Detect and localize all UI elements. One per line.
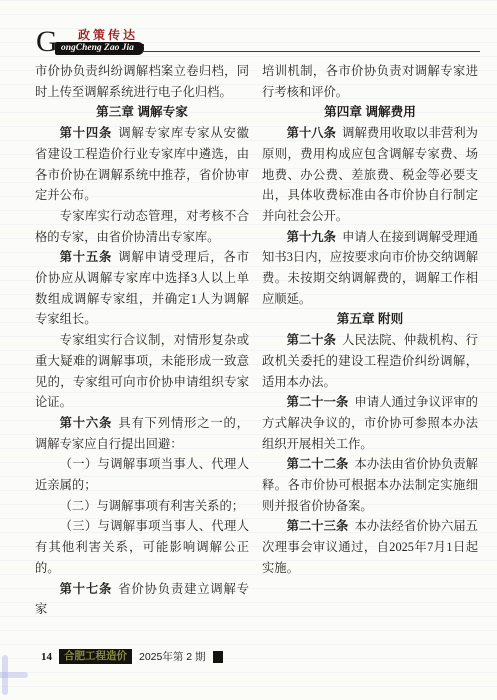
page-number: 14: [41, 651, 52, 663]
paragraph: 第二十三条本办法经省价协六届五次理事会审议通过，自2025年7月1日起实施。: [262, 516, 478, 578]
article-number: 第二十条: [287, 333, 336, 347]
column-right: 培训机制，各市价协负责对调解专家进行考核和评价。第四章 调解费用第十八条调解费用…: [262, 61, 478, 620]
article-number: 第二十三条: [287, 519, 349, 533]
journal-name-badge: 合肥工程造价: [59, 649, 132, 664]
paragraph: 第十六条具有下列情形之一的，调解专家应自行提出回避：: [35, 413, 249, 454]
chapter-heading: 第三章 调解专家: [35, 102, 249, 123]
paragraph: 第十七条省价协负责建立调解专家: [35, 579, 249, 620]
issue-label: 2025年第 2 期: [139, 649, 206, 664]
article-number: 第十六条: [60, 416, 113, 430]
paragraph: 第十五条调解申请受理后，各市价协应从调解专家库中选择3人以上单数组成调解专家组，…: [35, 247, 249, 330]
paragraph: 第十八条调解费用收取以非营利为原则，费用构成应包含调解专家费、场地费、办公费、差…: [262, 123, 478, 227]
paragraph: 第十四条调解专家库专家从安徽省建设工程造价行业专家库中遴选，由各市价协在调解系统…: [35, 123, 249, 206]
paragraph: 市价协负责纠纷调解档案立卷归档，同时上传至调解系统进行电子化归档。: [35, 61, 249, 102]
article-body: 市价协负责纠纷调解档案立卷归档，同时上传至调解系统进行电子化归档。第三章 调解专…: [35, 61, 478, 620]
paragraph: （三）与调解事项当事人、代理人有其他利害关系，可能影响调解公正的。: [35, 516, 249, 578]
paragraph: 培训机制，各市价协负责对调解专家进行考核和评价。: [262, 61, 478, 102]
article-number: 第二十二条: [287, 457, 349, 471]
article-number: 第十七条: [60, 582, 113, 596]
chapter-heading: 第四章 调解费用: [262, 102, 478, 123]
article-number: 第十八条: [287, 126, 336, 140]
paragraph: 第十九条申请人在接到调解受理通知书3日内，应按要求向市价协交纳调解费。未按期交纳…: [262, 227, 478, 310]
end-mark-square: [213, 651, 223, 663]
paragraph: （二）与调解事项有利害关系的；: [35, 496, 249, 517]
paragraph: 专家库实行动态管理，对考核不合格的专家，由省价协清出专家库。: [35, 206, 249, 247]
paragraph: 专家组实行合议制，对情形复杂或重大疑难的调解事项，未能形成一致意见的，专家组可向…: [35, 330, 249, 413]
paragraph: 第二十二条本办法由省价协负责解释。各市价协可根据本办法制定实施细则并报省价协备案…: [262, 454, 478, 516]
article-number: 第十九条: [287, 230, 336, 244]
magazine-page: G 政策传达 ongCheng Zao Jia 市价协负责纠纷调解档案立卷归档，…: [0, 0, 497, 700]
article-number: 第十四条: [60, 126, 113, 140]
paragraph: 第二十一条申请人通过争议评审的方式解决争议的，市价协可参照本办法组织开展相关工作…: [262, 392, 478, 454]
column-left: 市价协负责纠纷调解档案立卷归档，同时上传至调解系统进行电子化归档。第三章 调解专…: [35, 61, 249, 620]
article-number: 第二十一条: [287, 395, 349, 409]
page-footer: 14 合肥工程造价 2025年第 2 期: [41, 649, 223, 664]
masthead-logo: ongCheng Zao Jia: [55, 42, 144, 55]
chapter-heading: 第五章 附则: [262, 309, 478, 330]
paragraph: 第二十条人民法院、仲裁机构、行政机关委托的建设工程造价纠纷调解，适用本办法。: [262, 330, 478, 392]
paragraph: （一）与调解事项当事人、代理人近亲属的；: [35, 454, 249, 495]
article-number: 第十五条: [60, 250, 113, 264]
header-rule: [142, 51, 480, 52]
registration-cross-mark: [0, 655, 34, 695]
